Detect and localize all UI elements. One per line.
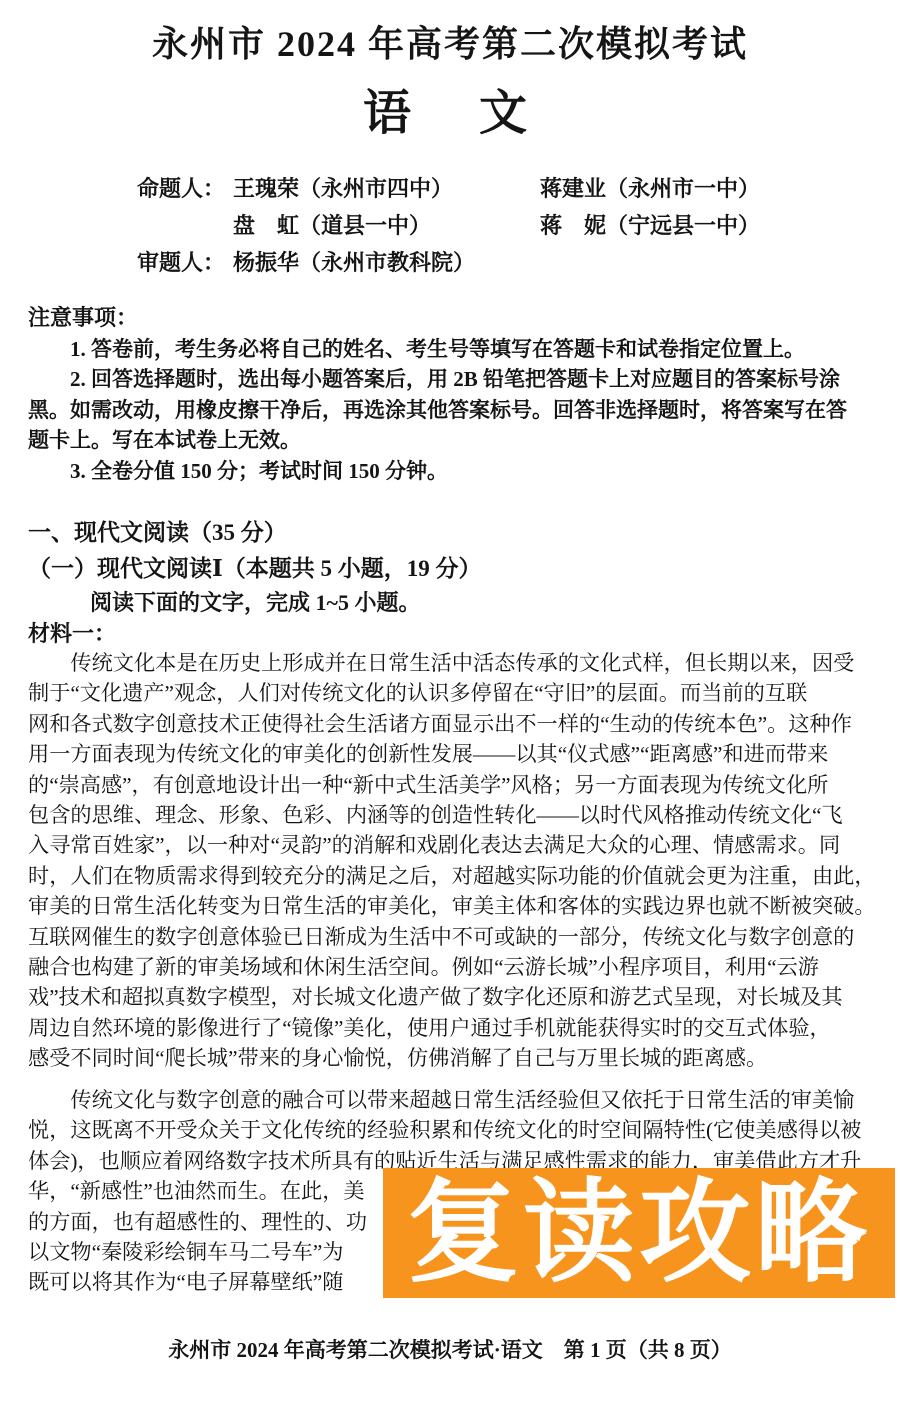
authors-row-3-right: [540, 244, 877, 281]
setter-name-1: 王瑰荣（永州市四中）: [233, 170, 453, 207]
reviewer-label: 审题人：: [137, 244, 233, 281]
watermark-text: 复读攻略: [407, 1168, 871, 1298]
material-one-paragraph-1: 传统文化本是在历史上形成并在日常生活中活态传承的文化式样，但长期以来，因受 制于…: [28, 648, 884, 1074]
reviewer-name: 杨振华（永州市教科院）: [233, 244, 475, 281]
authors-row-1: 命题人： 王瑰荣（永州市四中） 蒋建业（永州市一中）: [137, 170, 877, 207]
notices-items: 1. 答卷前，考生务必将自己的姓名、考生号等填写在答题卡和试卷指定位置上。 2.…: [28, 334, 884, 487]
exam-paper-page: 永州市 2024 年高考第二次模拟考试 语 文 命题人： 王瑰荣（永州市四中） …: [0, 0, 900, 1401]
setter-name-4: 蒋 妮（宁远县一中）: [540, 207, 877, 244]
setter-name-2: 蒋建业（永州市一中）: [540, 170, 877, 207]
page-footer: 永州市 2024 年高考第二次模拟考试·语文 第 1 页（共 8 页）: [0, 1334, 900, 1364]
watermark-overlay: 复读攻略: [383, 1168, 895, 1298]
authors-row-3: 审题人： 杨振华（永州市教科院）: [137, 244, 877, 281]
section-subheading: （一）现代文阅读Ⅰ（本题共 5 小题，19 分）: [28, 550, 884, 583]
setter-label-spacer: [137, 207, 233, 244]
authors-row-2: 盘 虹（道县一中） 蒋 妮（宁远县一中）: [137, 207, 877, 244]
notices-block: 注意事项： 1. 答卷前，考生务必将自己的姓名、考生号等填写在答题卡和试卷指定位…: [28, 303, 884, 486]
material-one-label: 材料一：: [28, 617, 884, 648]
setter-label: 命题人：: [137, 170, 233, 207]
setter-name-3: 盘 虹（道县一中）: [233, 207, 431, 244]
subject-title: 语 文: [0, 74, 900, 143]
section-instruction: 阅读下面的文字，完成 1~5 小题。: [90, 586, 884, 617]
exam-title: 永州市 2024 年高考第二次模拟考试: [0, 16, 900, 67]
authors-block: 命题人： 王瑰荣（永州市四中） 蒋建业（永州市一中） 盘 虹（道县一中） 蒋 妮…: [137, 170, 877, 281]
section-heading: 一、现代文阅读（35 分）: [28, 514, 884, 547]
notices-heading: 注意事项：: [28, 303, 884, 334]
